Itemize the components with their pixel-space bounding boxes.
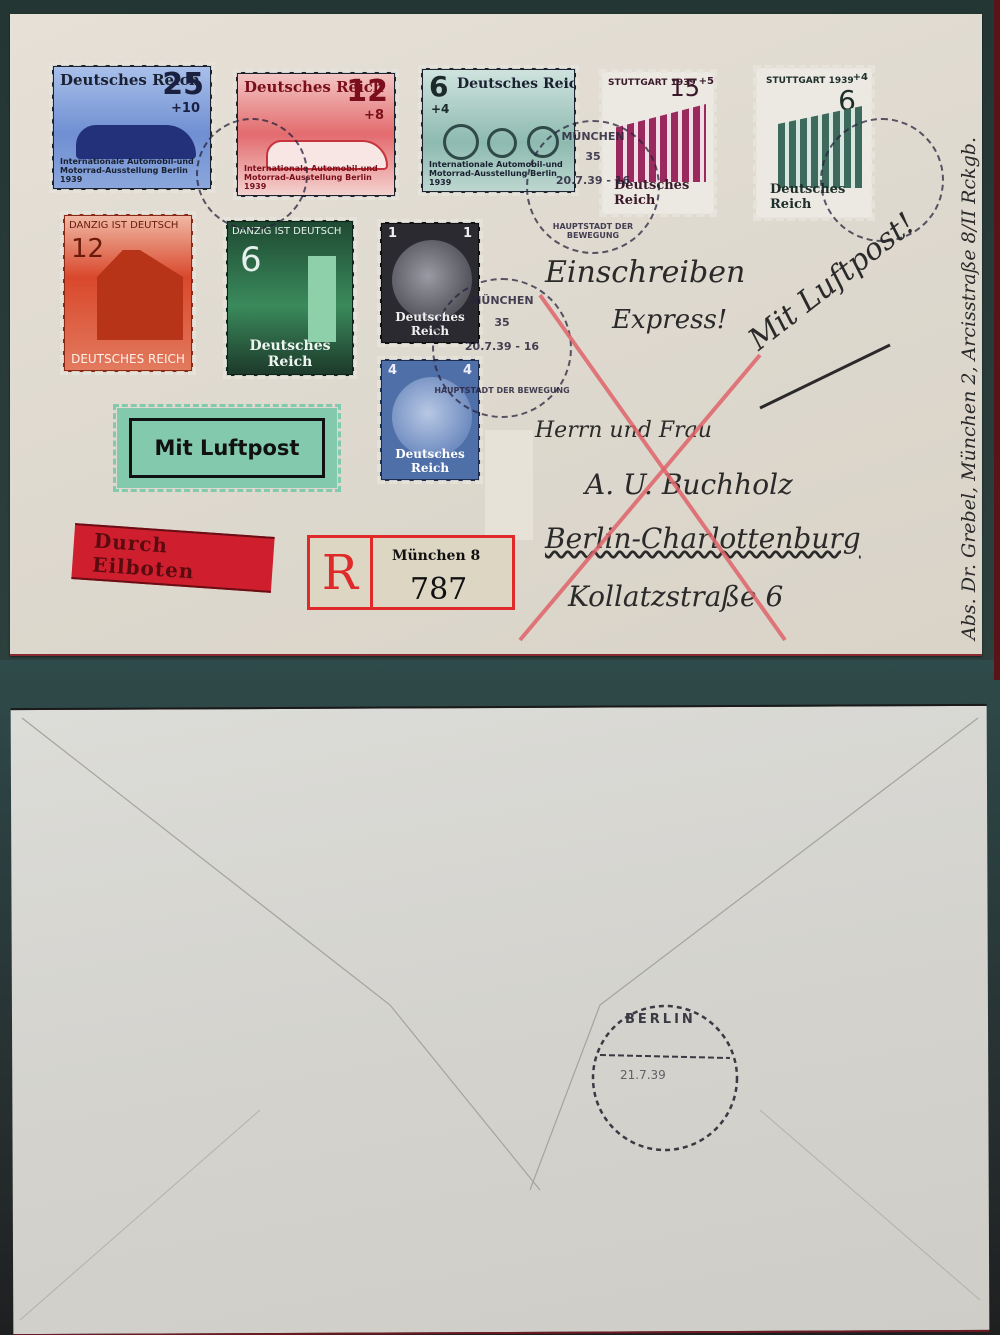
envelope-markings <box>0 0 1000 1335</box>
back-postmark-date: 21.7.39 <box>620 1068 666 1082</box>
back-postmark-city: BERLIN <box>625 1012 696 1027</box>
